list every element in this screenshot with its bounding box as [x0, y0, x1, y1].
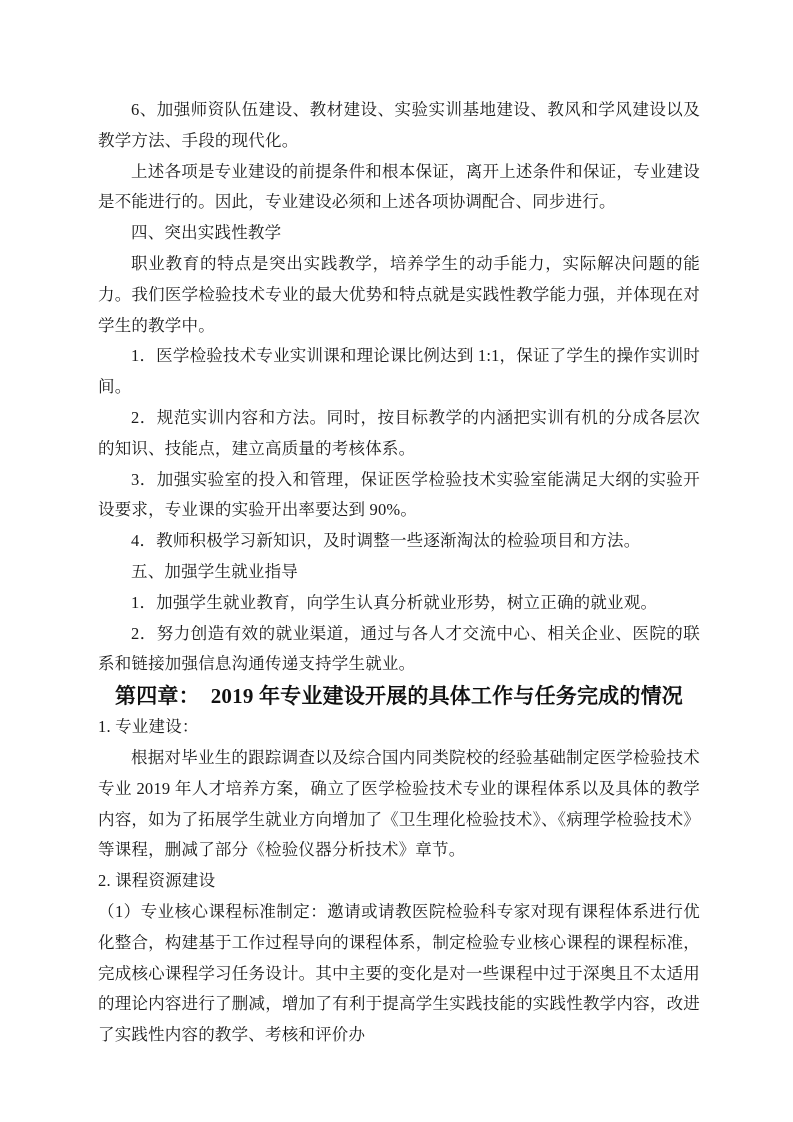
paragraph-point-6: 6、加强师资队伍建设、教材建设、实验实训基地建设、教风和学风建设以及教学方法、手… [98, 95, 700, 157]
list-item-4-teacher-learning: 4．教师积极学习新知识，及时调整一些逐渐淘汰的检验项目和方法。 [98, 526, 700, 557]
list-item-2-training-content: 2．规范实训内容和方法。同时，按目标教学的内涵把实训有机的分成各层次的知识、技能… [98, 403, 700, 465]
section-title-four-practical-teaching: 四、突出实践性教学 [98, 218, 700, 249]
section-title-five-employment-guidance: 五、加强学生就业指导 [98, 557, 700, 588]
list-item-1-employment-education: 1．加强学生就业教育，向学生认真分析就业形势，树立正确的就业观。 [98, 588, 700, 619]
document-page: 6、加强师资队伍建设、教材建设、实验实训基地建设、教风和学风建设以及教学方法、手… [0, 0, 793, 1122]
list-item-2-employment-channels: 2．努力创造有效的就业渠道，通过与各人才交流中心、相关企业、医院的联系和链接加强… [98, 619, 700, 681]
paragraph-precondition-summary: 上述各项是专业建设的前提条件和根本保证，离开上述条件和保证，专业建设是不能进行的… [98, 157, 700, 219]
document-body: 6、加强师资队伍建设、教材建设、实验实训基地建设、教风和学风建设以及教学方法、手… [98, 95, 700, 1051]
paragraph-core-course-standard: （1）专业核心课程标准制定：邀请或请教医院检验科专家对现有课程体系进行优化整合，… [98, 897, 700, 1051]
paragraph-talent-training-plan: 根据对毕业生的跟踪调查以及综合国内同类院校的经验基础制定医学检验技术专业 201… [98, 743, 700, 866]
paragraph-vocational-education: 职业教育的特点是突出实践教学，培养学生的动手能力，实际解决问题的能力。我们医学检… [98, 249, 700, 341]
subsection-1-major-construction-title: 1. 专业建设： [98, 712, 700, 743]
list-item-3-laboratory: 3．加强实验室的投入和管理，保证医学检验技术实验室能满足大纲的实验开设要求，专业… [98, 465, 700, 527]
chapter-heading: 第四章： 2019 年专业建设开展的具体工作与任务完成的情况 [98, 680, 700, 712]
subsection-2-course-resources-title: 2. 课程资源建设 [98, 866, 700, 897]
list-item-1-training-ratio: 1．医学检验技术专业实训课和理论课比例达到 1:1，保证了学生的操作实训时间。 [98, 341, 700, 403]
